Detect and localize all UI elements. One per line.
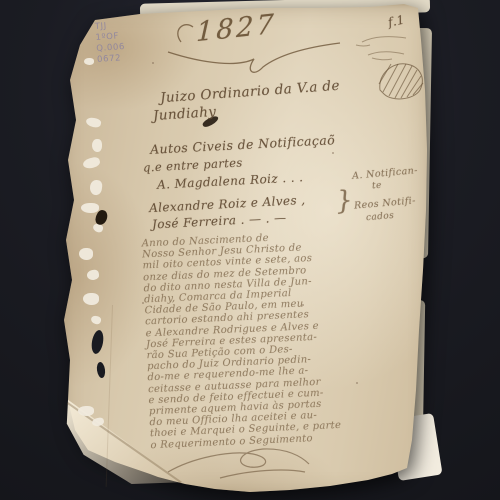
closing-flourish-icon	[0, 0, 500, 500]
photo-of-manuscript: TJJ1ºOFQ.0060672 1827 f.1 Juizo Ordinari…	[0, 0, 500, 500]
